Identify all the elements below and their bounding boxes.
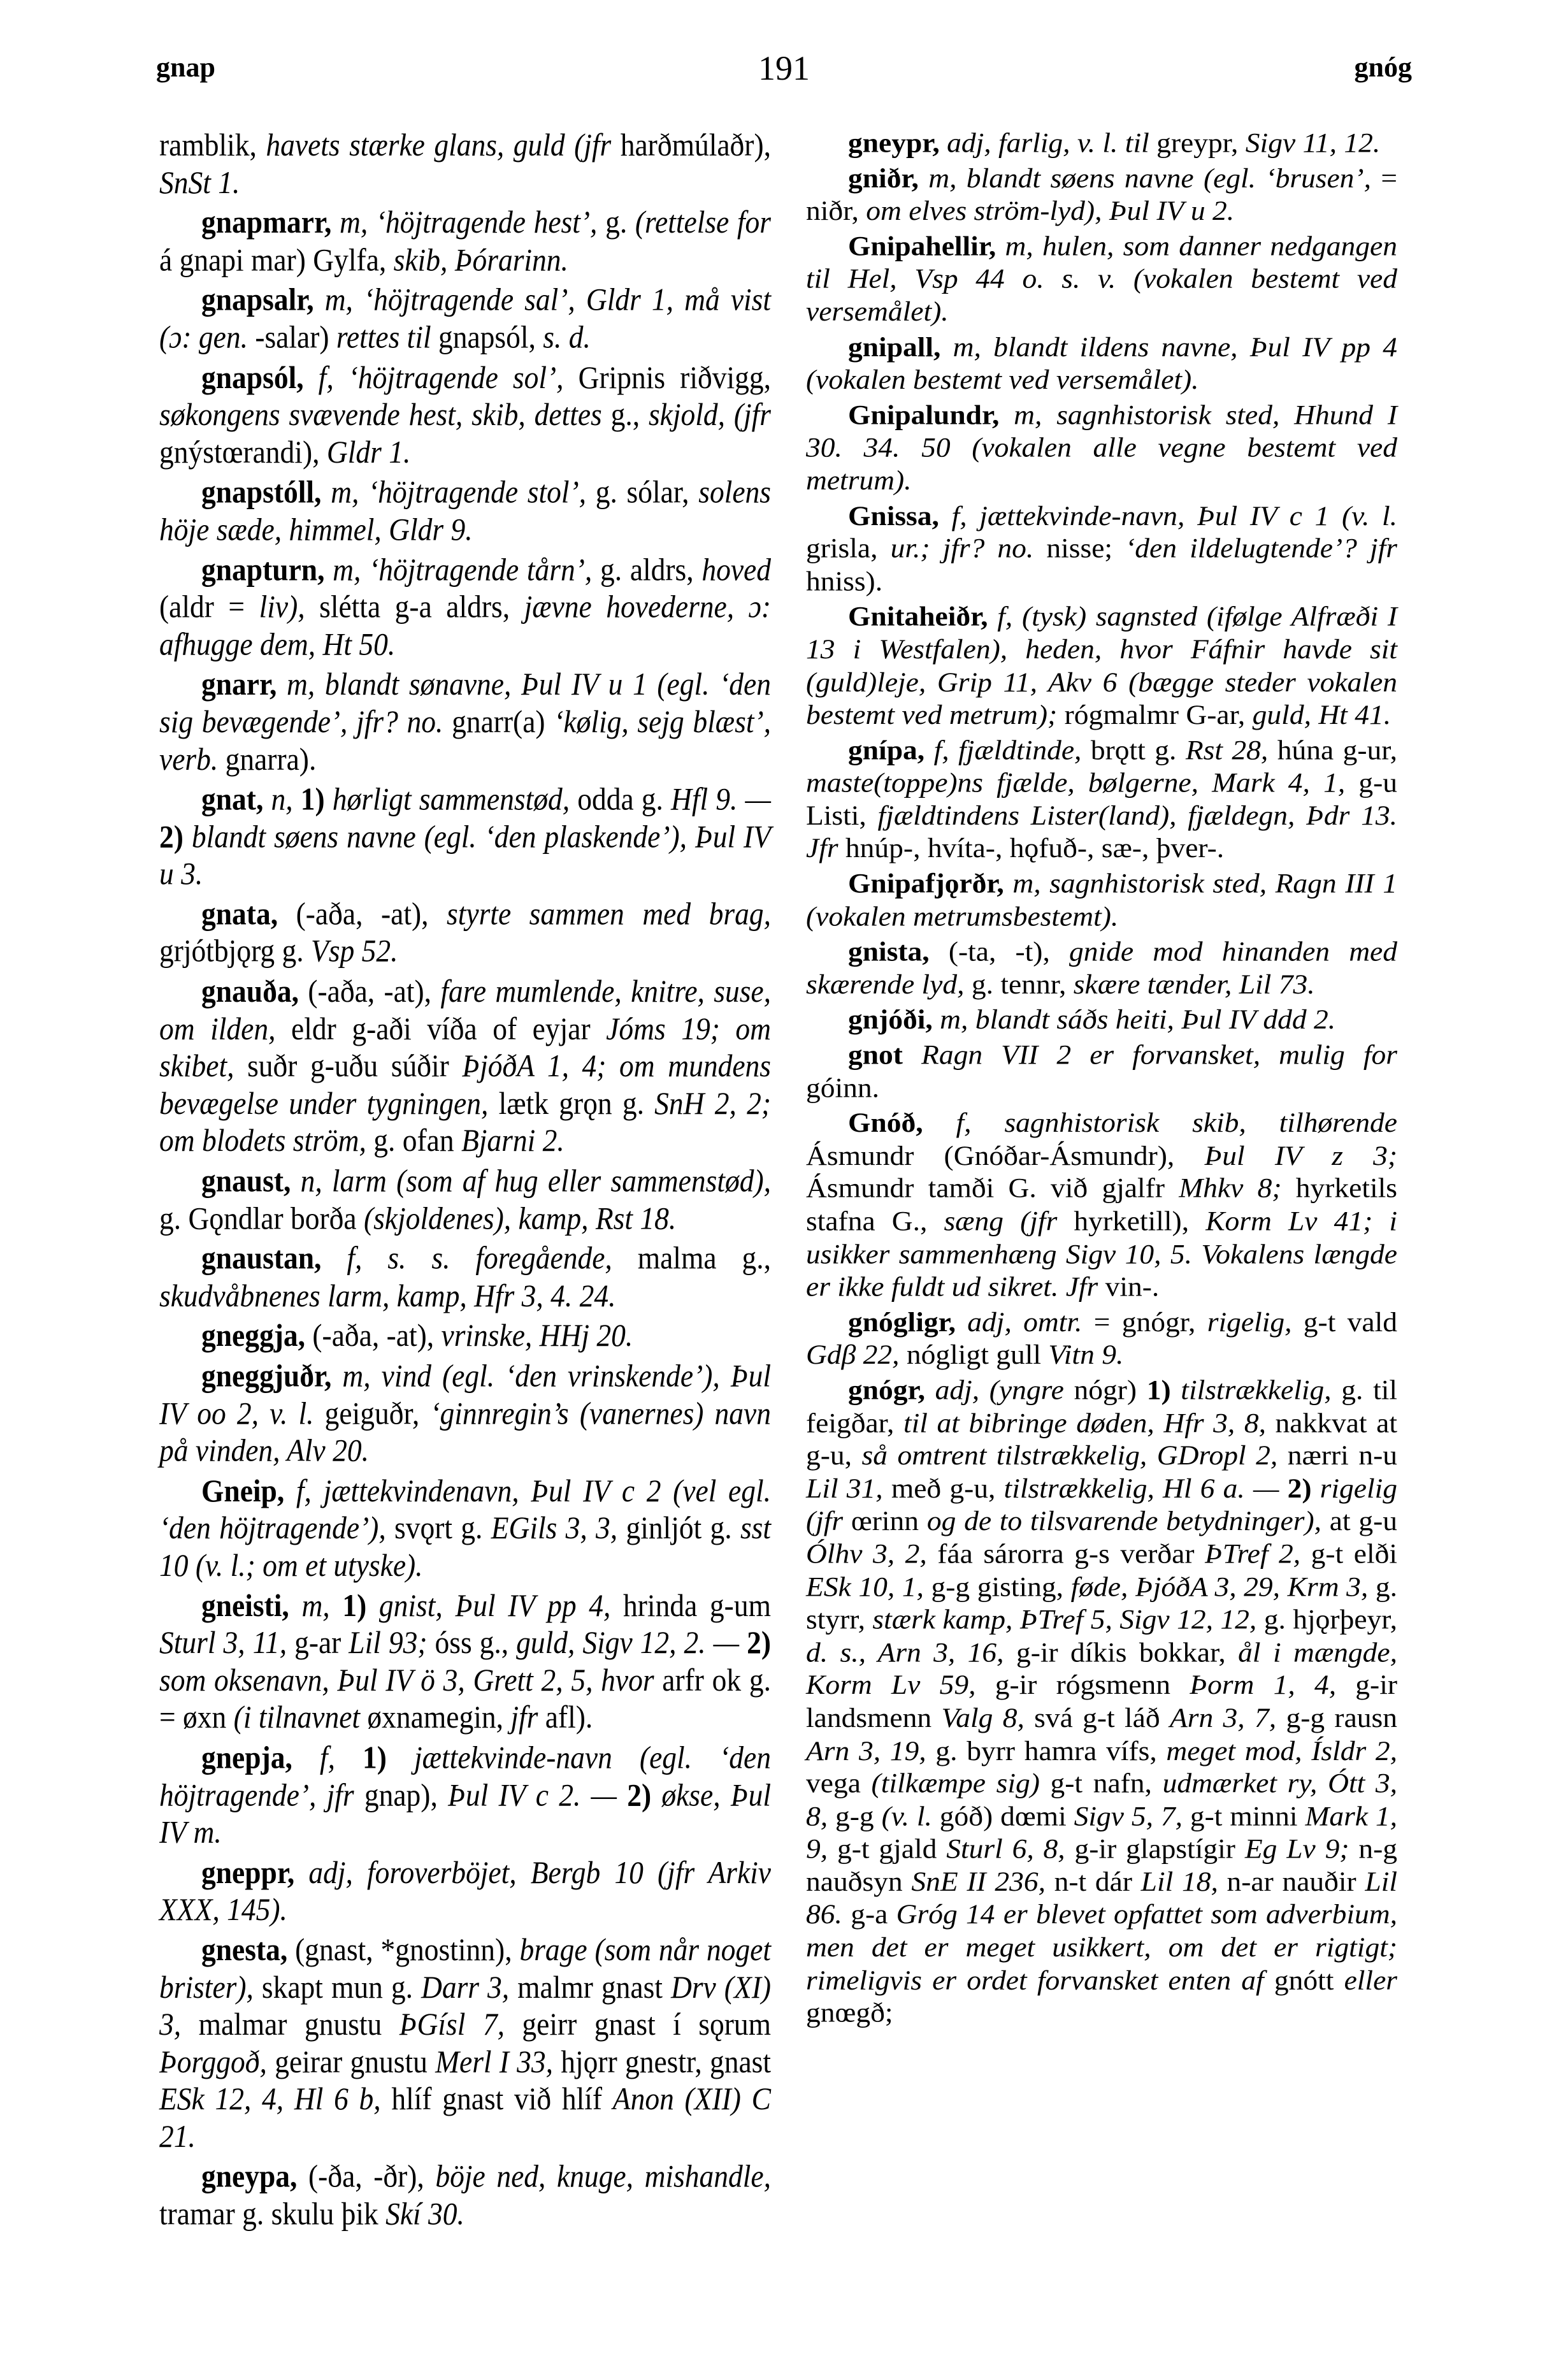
entry-text: (aldr = <box>159 589 259 625</box>
entry-text: g. ofan <box>373 1123 461 1159</box>
entry-text: geirr gnast í sǫrum <box>522 2006 771 2042</box>
entry-text: góinn. <box>806 1072 879 1103</box>
entry-text: nógr) <box>1074 1374 1147 1405</box>
entry-text: geiguðr, <box>325 1395 431 1431</box>
entry-text: brǫtt g. <box>1091 734 1186 765</box>
entry-italic-text: (i tilnavnet <box>234 1700 368 1735</box>
headword: gnauða, <box>201 973 299 1009</box>
entry-italic-text: eller <box>1344 1964 1397 1995</box>
entry-text: greypr, <box>1156 127 1246 158</box>
entry-italic-text: Þorggoð, <box>159 2044 275 2079</box>
right-column: gneypr, adj, farlig, v. l. til greypr, S… <box>806 126 1397 2032</box>
entry-text: gnœgð; <box>806 1997 893 2028</box>
entry-italic-text: som oksenavn, Þul IV ö 3, Grett 2, 5, hv… <box>159 1662 662 1698</box>
entry-italic-text: n, <box>263 781 300 817</box>
entry-text: svǫrt g. <box>394 1510 491 1545</box>
entry-italic-text: stærk kamp, ÞTref 5, Sigv 12, 12, <box>872 1603 1263 1635</box>
headword: gneppr, <box>201 1854 294 1890</box>
entry-italic-text: adj, omtr. <box>956 1306 1094 1337</box>
entry-italic-text: (tilkæmpe sig) <box>872 1767 1051 1798</box>
dictionary-entry: gnjóði, m, blandt sáðs heiti, Þul IV ddd… <box>806 1003 1397 1036</box>
entry-text: lætk grǫn g. <box>499 1085 655 1121</box>
entry-text: øxnamegin, <box>367 1700 510 1735</box>
dictionary-entry: gniðr, m, blandt søens navne (egl. ‘brus… <box>806 161 1397 227</box>
entry-italic-text: føde, ÞjóðA 3, 29, Krm 3, <box>1071 1571 1376 1602</box>
headword: gnjóði, <box>848 1004 933 1035</box>
entry-text: ginljót g. <box>626 1510 740 1545</box>
entry-italic-text: (v. l. <box>882 1800 940 1831</box>
entry-text: Ásmundr tamði G. við gjalfr <box>806 1173 1179 1204</box>
dictionary-entry: gnepja, f, 1) jættekvinde-navn (egl. ‘de… <box>159 1739 771 1851</box>
dictionary-entry: gnaust, n, larm (som af hug eller sammen… <box>159 1162 771 1237</box>
entry-italic-text: skudvåbnenes larm, kamp, Hfr 3, 4. 24. <box>159 1278 616 1313</box>
entry-text: hyrketill), <box>1074 1205 1205 1236</box>
headword: gnata, <box>201 896 278 932</box>
entry-italic-text: Sturl 6, 8, <box>946 1833 1074 1864</box>
headword: gnot <box>848 1039 903 1070</box>
headword: gnista, <box>848 935 930 967</box>
entry-italic-text: n, larm (som af hug eller sammenstød), <box>291 1163 771 1199</box>
entry-italic-text: Þul IV z 3; <box>1205 1139 1398 1171</box>
entry-italic-text: meget mod, Ísldr 2, <box>1166 1735 1397 1766</box>
entry-italic-text: m, <box>289 1587 343 1623</box>
entry-text: húna g-ur, <box>1277 734 1397 765</box>
entry-text: g-a <box>851 1898 896 1930</box>
dictionary-entry: ramblik, havets stærke glans, guld (jfr … <box>159 126 771 201</box>
entry-text: tramar g. skulu þik <box>159 2196 385 2232</box>
dictionary-entry: gnauða, (-aða, -at), fare mumlende, knit… <box>159 972 771 1159</box>
entry-text: g-ir rógsmenn <box>995 1669 1190 1700</box>
entry-italic-text: ESk 12, 4, Hl 6 b, <box>159 2081 391 2117</box>
headword: 2) <box>747 1624 771 1660</box>
entry-italic-text: adj, (yngre <box>925 1374 1074 1405</box>
entry-text: g-t nafn, <box>1051 1767 1163 1798</box>
entry-text: g. sólar, <box>596 474 699 510</box>
headword: gnapsól, <box>201 359 304 395</box>
headword: gneypr, <box>848 127 940 158</box>
entry-italic-text: Eg Lv 9; <box>1245 1833 1359 1864</box>
entry-italic-text: Rst 28, <box>1186 734 1277 765</box>
entry-italic-text: styrte sammen med brag, <box>447 896 771 932</box>
headword: gnarr, <box>201 667 277 702</box>
entry-text: gnýstœrandi), <box>159 434 327 470</box>
entry-text: g., <box>611 396 649 432</box>
headword: gnapmarr, <box>201 205 331 240</box>
dictionary-entry: gnesta, (gnast, *gnostinn), brage (som n… <box>159 1931 771 2155</box>
dictionary-entry: Gnipalundr, m, sagnhistorisk sted, Hhund… <box>806 398 1397 496</box>
entry-italic-text: og de to tilsvarende betydninger), <box>927 1505 1330 1536</box>
dictionary-entry: gneypr, adj, farlig, v. l. til greypr, S… <box>806 126 1397 159</box>
entry-italic-text: liv), <box>259 589 320 625</box>
entry-italic-text: søkongens svævende hest, skib, dettes <box>159 396 611 432</box>
entry-text: grisla, <box>806 532 891 563</box>
entry-text: (-aða, -at), <box>305 1318 441 1354</box>
entry-text: gnapsól, <box>438 319 543 355</box>
entry-italic-text: m, ‘höjtragende hest’, <box>331 205 605 240</box>
headword: Gnitaheiðr, <box>848 600 988 632</box>
entry-italic-text: guld, Sigv 12, 2. — <box>516 1624 747 1660</box>
dictionary-entry: gneypa, (-ða, -ðr), böje ned, knuge, mis… <box>159 2158 771 2232</box>
headword: Gneip, <box>201 1473 284 1508</box>
entry-italic-text: til at bibringe døden, Hfr 3, 8, <box>903 1407 1276 1438</box>
dictionary-entry: gneisti, m, 1) gnist, Þul IV pp 4, hrind… <box>159 1587 771 1736</box>
entry-italic-text: ESk 10, 1, <box>806 1571 931 1602</box>
headword: 2) <box>627 1777 651 1812</box>
entry-italic-text: rigelig, <box>1207 1306 1304 1337</box>
entry-italic-text: Þul IV c 2. — <box>448 1777 627 1812</box>
entry-text: (-aða, -at), <box>299 973 440 1009</box>
dictionary-entry: gneggja, (-aða, -at), vrinske, HHj 20. <box>159 1317 771 1355</box>
headword: gnapturn, <box>201 551 324 587</box>
headword: gnapstóll, <box>201 474 321 510</box>
entry-italic-text: så omtrent tilstrækkelig, GDropl 2, <box>862 1440 1288 1471</box>
headword: Gnipafjǫrðr, <box>848 867 1004 899</box>
entry-text: gnarr(a) <box>452 704 554 739</box>
entry-text: afl). <box>545 1700 593 1735</box>
entry-text: rógmalmr G-ar, <box>1065 699 1253 730</box>
entry-text: grjótbjǫrg g. <box>159 933 311 969</box>
entry-text: g-g <box>835 1800 882 1831</box>
entry-italic-text: adj, farlig, v. l. til <box>940 127 1156 158</box>
entry-text: svá g-t láð <box>1034 1702 1170 1733</box>
entry-italic-text: skjold, (jfr <box>649 396 771 432</box>
entry-text: vin-. <box>1105 1271 1160 1302</box>
headword: gnesta, <box>201 1932 287 1967</box>
entry-italic-text: f, jættekvinde-navn, Þul IV c 1 (v. l. <box>939 500 1397 531</box>
headword: gnípa, <box>848 734 924 765</box>
entry-text: malma g., <box>638 1240 771 1276</box>
page-header: gnap 191 gnóg <box>156 51 1412 96</box>
entry-italic-text: Arn 3, 19, <box>806 1735 935 1766</box>
entry-italic-text: ‘den ildelugtende’? jfr <box>1125 532 1397 563</box>
dictionary-entry: gnarr, m, blandt sønavne, Þul IV u 1 (eg… <box>159 665 771 777</box>
entry-italic-text: m, blandt sáðs heiti, Þul IV ddd 2. <box>933 1004 1335 1035</box>
entry-text: g-t gjald <box>837 1833 946 1864</box>
left-column: ramblik, havets stærke glans, guld (jfr … <box>159 126 771 2235</box>
entry-italic-text: tilstrækkelig, <box>1171 1374 1342 1405</box>
entry-text: harðmúlaðr), <box>621 127 771 162</box>
headword: gneggja, <box>201 1318 305 1354</box>
dictionary-entry: gnata, (-aða, -at), styrte sammen med br… <box>159 895 771 970</box>
entry-text: (-ða, -ðr), <box>297 2158 435 2194</box>
dictionary-entry: Gnóð, f, sagnhistorisk skib, tilhørende … <box>806 1106 1397 1303</box>
entry-italic-text: f, <box>292 1740 363 1775</box>
entry-italic-text: jfr <box>510 1700 545 1735</box>
entry-text: geirar gnustu <box>275 2044 435 2079</box>
dictionary-entry: gnapturn, m, ‘höjtragende tårn’, g. aldr… <box>159 551 771 663</box>
dictionary-entry: gnot Ragn VII 2 er forvansket, mulig for… <box>806 1038 1397 1104</box>
entry-italic-text: Sturl 3, 11, <box>159 1624 294 1660</box>
dictionary-entry: gneggjuðr, m, vind (egl. ‘den vrinskende… <box>159 1357 771 1469</box>
entry-italic-text: f, fjældtinde, <box>924 734 1091 765</box>
entry-text: g-ar <box>294 1624 349 1660</box>
entry-italic-text: SnE II 236, <box>911 1866 1054 1897</box>
entry-italic-text: om elves ström-lyd), Þul IV u 2. <box>866 195 1234 226</box>
entry-italic-text: m, ‘höjtragende stol’, <box>321 474 595 510</box>
entry-italic-text: Gldr 1. <box>327 434 410 470</box>
entry-text: g-ir glapstígir <box>1075 1833 1245 1864</box>
entry-text: skapt mun g. <box>262 1969 421 2005</box>
entry-italic-text: vrinske, HHj 20. <box>442 1318 633 1354</box>
entry-italic-text: Hfl 9. — <box>671 781 771 817</box>
headword: 1) <box>363 1740 387 1775</box>
entry-text: (-ta, -t), <box>930 935 1069 967</box>
dictionary-entry: Gnitaheiðr, f, (tysk) sagnsted (ifølge A… <box>806 600 1397 731</box>
entry-text: ramblik, <box>159 127 266 162</box>
entry-italic-text: Sigv 11, 12. <box>1246 127 1380 158</box>
page-number: 191 <box>156 48 1412 88</box>
entry-text: g. tennr, <box>972 969 1074 1000</box>
entry-text: með g-u, <box>891 1472 1004 1503</box>
headword: gnipall, <box>848 331 940 362</box>
entry-text: hlíf gnast við hlíf <box>391 2081 612 2117</box>
entry-text: Gripnis riðvigg, <box>579 359 771 395</box>
headword: gnógr, <box>848 1374 925 1405</box>
entry-italic-text: m, ‘höjtragende tårn’, <box>324 551 600 587</box>
entry-text: g. byrr hamra vífs, <box>935 1735 1166 1766</box>
entry-italic-text: Lil 93; <box>349 1624 435 1660</box>
entry-italic-text: tilstrækkelig, Hl 6 a. — <box>1004 1472 1288 1503</box>
entry-italic-text: blandt søens navne (egl. ‘den plaskende’… <box>159 818 771 891</box>
entry-text: malmr gnast <box>517 1969 671 2005</box>
dictionary-entry: gnapsól, f, ‘höjtragende sol’, Gripnis r… <box>159 359 771 471</box>
entry-text: vega <box>806 1767 872 1798</box>
entry-text: odda g. <box>577 781 671 817</box>
entry-italic-text: skære tænder, Lil 73. <box>1074 969 1315 1000</box>
entry-italic-text: Vsp 52. <box>311 933 398 969</box>
entry-text: nógligt gull <box>907 1339 1048 1370</box>
entry-italic-text: f, sagnhistorisk skib, tilhørende <box>923 1107 1397 1138</box>
entry-text: g. Gǫndlar borða <box>159 1200 364 1236</box>
entry-italic-text: Mhkv 8; <box>1179 1173 1296 1204</box>
entry-text: hniss). <box>806 565 882 596</box>
entry-text: gnótt <box>1274 1964 1344 1995</box>
entry-italic-text: f, s. s. foregående, <box>321 1240 637 1276</box>
entry-italic-text: Gdβ 22, <box>806 1339 907 1370</box>
entry-text: = gnógr, <box>1094 1306 1207 1337</box>
entry-italic-text: ÞTref 2, <box>1205 1538 1311 1569</box>
entry-text: slétta g-a aldrs, <box>319 589 524 625</box>
entry-text: eldr g-aði víða of eyjar <box>291 1011 606 1046</box>
entry-italic-text: ur.; jfr? no. <box>891 532 1047 563</box>
entry-text: á gnapi mar) Gylfa, <box>159 242 394 277</box>
headword: 2) <box>1288 1472 1312 1503</box>
entry-italic-text: EGils 3, 3, <box>491 1510 626 1545</box>
entry-italic-text: havets stærke glans, guld (jfr <box>266 127 620 162</box>
entry-text: g-t vald <box>1304 1306 1397 1337</box>
entry-text: -salar) <box>255 319 336 355</box>
headword: 1) <box>1147 1374 1171 1405</box>
dictionary-entry: gnapmarr, m, ‘höjtragende hest’, g. (ret… <box>159 204 771 278</box>
dictionary-entry: gnapstóll, m, ‘höjtragende stol’, g. sól… <box>159 473 771 548</box>
dictionary-entry: gnógligr, adj, omtr. = gnógr, rigelig, g… <box>806 1305 1397 1371</box>
entry-text: góð) dœmi <box>940 1800 1074 1831</box>
dictionary-entry: Gnipahellir, m, hulen, som danner nedgan… <box>806 229 1397 328</box>
entry-text: g. hjǫrþeyr, <box>1264 1603 1397 1635</box>
headword: gnepja, <box>201 1740 292 1775</box>
entry-italic-text: Skí 30. <box>385 2196 464 2232</box>
entry-italic-text: Ólhv 3, 2, <box>806 1538 937 1569</box>
headword: Gnipalundr, <box>848 399 999 430</box>
entry-text: (-aða, -at), <box>278 896 447 932</box>
entry-italic-text: Sigv 5, 7, <box>1074 1800 1190 1831</box>
dictionary-entry: gneppr, adj, foroverböjet, Bergb 10 (jfr… <box>159 1854 771 1928</box>
entry-italic-text: Arn 3, 7, <box>1170 1702 1286 1733</box>
entry-text: fáa sárorra g-s verðar <box>937 1538 1205 1569</box>
entry-text: hjǫrr gnestr, gnast <box>561 2044 771 2079</box>
dictionary-entry: gnipall, m, blandt ildens navne, Þul IV … <box>806 330 1397 396</box>
entry-text: nærri n-u <box>1288 1440 1397 1471</box>
entry-italic-text: ÞGísl 7, <box>399 2006 522 2042</box>
headword: gnaust, <box>201 1163 291 1199</box>
dictionary-entry: gnat, n, 1) hørligt sammenstød, odda g. … <box>159 781 771 893</box>
entry-italic-text: gnist, Þul IV pp 4, <box>366 1587 623 1623</box>
headword: gnaustan, <box>201 1240 321 1276</box>
headword: gnapsalr, <box>201 282 314 317</box>
entry-italic-text: Darr 3, <box>421 1969 517 2005</box>
entry-italic-text: Þorm 1, 4, <box>1190 1669 1355 1700</box>
headword: gneypa, <box>201 2158 297 2194</box>
headword: 2) <box>159 818 183 854</box>
entry-italic-text: d. s., Arn 3, 16, <box>806 1636 1016 1668</box>
entry-italic-text: (rettelse for <box>635 205 771 240</box>
headword: gniðr, <box>848 162 919 193</box>
entry-text: œrinn <box>851 1505 927 1536</box>
entry-italic-text: (skjoldenes), kamp, Rst 18. <box>364 1200 676 1236</box>
dictionary-entry: gnista, (-ta, -t), gnide mod hinanden me… <box>806 935 1397 1000</box>
headword: gneggjuðr, <box>201 1358 331 1394</box>
entry-italic-text: SnSt 1. <box>159 164 240 200</box>
headword: Gnissa, <box>848 500 939 531</box>
entry-text: g-g rausn <box>1286 1702 1397 1733</box>
entry-text: n-ar nauðir <box>1227 1866 1365 1897</box>
entry-text: n-t dár <box>1054 1866 1141 1897</box>
entry-italic-text: skib, Þórarinn. <box>394 242 568 277</box>
entry-text: g-ir díkis bokkar, <box>1016 1636 1238 1668</box>
entry-text: gnap), <box>364 1777 448 1812</box>
entry-italic-text: rettes til <box>336 319 438 355</box>
dictionary-entry: Gneip, f, jættekvindenavn, Þul IV c 2 (v… <box>159 1472 771 1584</box>
entry-text: g-g gisting, <box>931 1571 1071 1602</box>
entry-italic-text: s. d. <box>543 319 591 355</box>
entry-italic-text: f, ‘höjtragende sol’, <box>304 359 579 395</box>
dictionary-entry: gnapsalr, m, ‘höjtragende sal’, Gldr 1, … <box>159 281 771 356</box>
entry-italic-text: hørligt sammenstød, <box>325 781 578 817</box>
entry-text: hrinda g-um <box>623 1587 771 1623</box>
entry-italic-text: böje ned, knuge, mishandle, <box>435 2158 771 2194</box>
entry-text: g-t minni <box>1190 1800 1305 1831</box>
dictionary-entry: Gnissa, f, jættekvinde-navn, Þul IV c 1 … <box>806 499 1397 597</box>
headword: gneisti, <box>201 1587 289 1623</box>
entry-text: (gnast, *gnostinn), <box>287 1932 519 1967</box>
headword: Gnipahellir, <box>848 230 996 261</box>
entry-text: nisse; <box>1046 532 1125 563</box>
entry-italic-text: Vitn 9. <box>1048 1339 1123 1370</box>
entry-text: óss g., <box>435 1624 517 1660</box>
entry-text: Ásmundr (Gnóðar-Ásmundr), <box>806 1139 1205 1171</box>
entry-italic-text: Lil 31, <box>806 1472 891 1503</box>
entry-italic-text: guld, Ht 41. <box>1253 699 1391 730</box>
entry-text: g. <box>605 205 635 240</box>
entry-italic-text: Lil 18, <box>1141 1866 1227 1897</box>
entry-italic-text: maste(toppe)ns fjælde, bølgerne, Mark 4,… <box>806 767 1358 798</box>
dictionary-entry: gnaustan, f, s. s. foregående, malma g.,… <box>159 1239 771 1314</box>
entry-italic-text: Bjarni 2. <box>461 1123 565 1159</box>
entry-text: malmar gnustu <box>199 2006 399 2042</box>
entry-italic-text: hoved <box>701 551 771 587</box>
entry-italic-text: Valg 8, <box>941 1702 1034 1733</box>
entry-text: g. aldrs, <box>600 551 701 587</box>
entry-text: at g-u <box>1330 1505 1397 1536</box>
entry-text: suðr g-uðu súðir <box>247 1048 462 1083</box>
entry-italic-text: Ragn VII 2 er forvansket, mulig for <box>903 1039 1397 1070</box>
entry-italic-text: Merl I 33, <box>435 2044 561 2079</box>
entry-italic-text: m, blandt søens navne (egl. ‘brusen’, <box>919 162 1381 193</box>
entry-italic-text: sæng (jfr <box>944 1205 1074 1236</box>
headword: Gnóð, <box>848 1107 923 1138</box>
entry-text: hnúp-, hvíta-, hǫfuð-, sæ-, þver-. <box>845 832 1224 863</box>
headword: 1) <box>301 781 325 817</box>
entry-text: g-t elði <box>1311 1538 1397 1569</box>
dictionary-entry: gnógr, adj, (yngre nógr) 1) tilstrækkeli… <box>806 1373 1397 2029</box>
right-guideword: gnóg <box>1355 51 1412 83</box>
headword: gnógligr, <box>848 1306 956 1337</box>
headword: gnat, <box>201 781 263 817</box>
dictionary-entry: gnípa, f, fjældtinde, brǫtt g. Rst 28, h… <box>806 733 1397 865</box>
entry-text: gnarra). <box>226 741 317 777</box>
headword: 1) <box>342 1587 366 1623</box>
dictionary-entry: Gnipafjǫrðr, m, sagnhistorisk sted, Ragn… <box>806 867 1397 932</box>
